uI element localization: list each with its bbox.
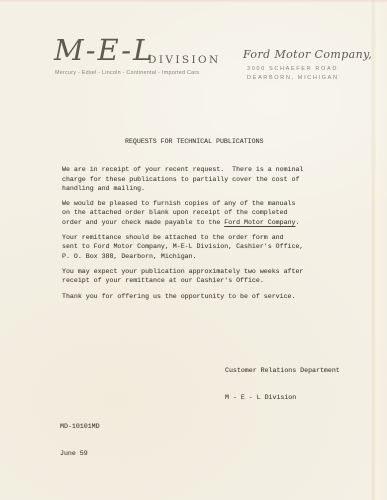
paragraph-receipt: We are in receipt of your recent request… (62, 165, 324, 193)
company-name: Ford Motor Company, (243, 48, 372, 61)
mel-division-logo: M-E-L (54, 33, 154, 67)
signature-block: Customer Relations Department M - E - L … (225, 347, 340, 421)
letter-body: REQUESTS FOR TECHNICAL PUBLICATIONS We a… (62, 137, 324, 307)
form-date: June 59 (60, 449, 100, 458)
paragraph-order-instructions: We would be pleased to furnish copies of… (62, 199, 324, 227)
address-city: DEARBORN, MICHIGAN (247, 75, 339, 81)
payee-name-underlined: Ford Motor Company (224, 219, 295, 226)
signature-division: M - E - L Division (225, 393, 340, 402)
paragraph-remittance: Your remittance should be attached to th… (62, 233, 324, 261)
letterhead: M-E-L DIVISION Mercury - Edsel - Lincoln… (0, 0, 387, 110)
paragraph-thanks: Thank you for offering us the opportunit… (62, 292, 324, 301)
form-number: MD-10101MD (60, 422, 100, 431)
address-street: 3000 SCHAEFER ROAD (247, 66, 338, 72)
reference-block: MD-10101MD June 59 (60, 403, 100, 477)
division-word: DIVISION (148, 54, 221, 66)
brand-tagline: Mercury - Edsel - Lincoln - Continental … (55, 70, 199, 76)
signature-department: Customer Relations Department (225, 366, 340, 375)
paragraph-delivery-time: You may expect your publication approxim… (62, 267, 324, 286)
paragraph-order-period: . (295, 219, 299, 226)
scanned-letter-page: M-E-L DIVISION Mercury - Edsel - Lincoln… (0, 0, 387, 500)
letter-subject: REQUESTS FOR TECHNICAL PUBLICATIONS (125, 137, 324, 146)
